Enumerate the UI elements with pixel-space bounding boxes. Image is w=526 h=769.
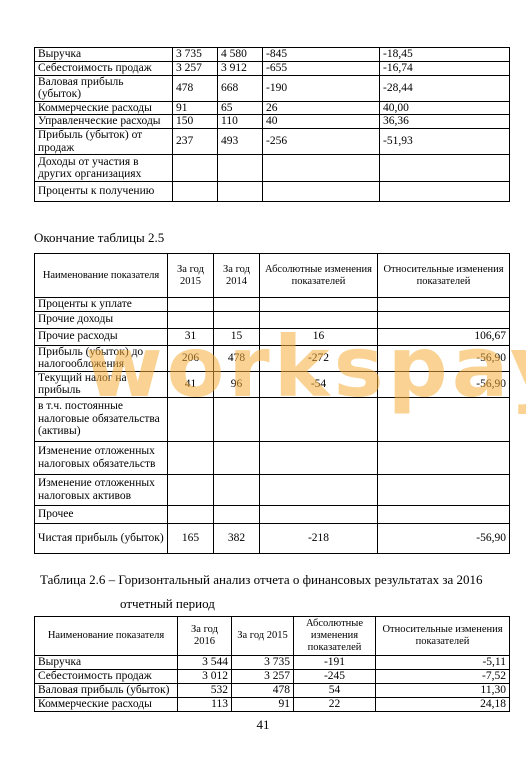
indicator-name: Коммерческие расходы [35, 101, 173, 115]
table-row: Чистая прибыль (убыток) 165 382 -218 -56… [35, 523, 510, 553]
indicator-name: Выручка [35, 48, 173, 62]
indicator-name: Прочее [35, 505, 168, 523]
rel-change: -16,74 [380, 61, 510, 75]
abs-change [263, 182, 380, 202]
value-2015 [168, 441, 214, 474]
value-2015 [173, 182, 218, 202]
header-indicator: Наименование показателя [35, 254, 168, 298]
value-2015: 91 [173, 101, 218, 115]
indicator-name: Проценты к получению [35, 182, 173, 202]
table-2-6-caption-line1: Таблица 2.6 – Горизонтальный анализ отче… [40, 572, 483, 588]
abs-change [260, 298, 378, 312]
indicator-name: Выручка [35, 656, 178, 670]
rel-change: -28,44 [380, 75, 510, 101]
table-2-6: Наименование показателя За год 2016 За г… [34, 616, 510, 712]
abs-change: 22 [294, 697, 376, 711]
value-2014 [218, 155, 263, 182]
rel-change: -18,45 [380, 48, 510, 62]
rel-change: -56,90 [378, 371, 510, 397]
rel-change: -51,93 [380, 129, 510, 155]
value-2016: 3 544 [178, 656, 232, 670]
indicator-name: Управленческие расходы [35, 115, 173, 129]
abs-change: -272 [260, 345, 378, 371]
abs-change [260, 397, 378, 441]
abs-change: -218 [260, 523, 378, 553]
value-2014 [214, 311, 260, 328]
value-2014: 4 580 [218, 48, 263, 62]
header-abs-change: Абсолютные изменения показателей [294, 617, 376, 656]
rel-change [380, 155, 510, 182]
abs-change [260, 474, 378, 505]
rel-change [378, 441, 510, 474]
abs-change: -191 [294, 656, 376, 670]
rel-change [378, 298, 510, 312]
value-2016: 113 [178, 697, 232, 711]
value-2015: 206 [168, 345, 214, 371]
rel-change: 36,36 [380, 115, 510, 129]
value-2014 [214, 505, 260, 523]
abs-change: -256 [263, 129, 380, 155]
rel-change [380, 182, 510, 202]
table-row: Прибыль (убыток) от продаж 237 493 -256 … [35, 129, 510, 155]
value-2014: 382 [214, 523, 260, 553]
value-2015 [168, 474, 214, 505]
value-2014: 110 [218, 115, 263, 129]
table-row: в т.ч. постоянные налоговые обязательств… [35, 397, 510, 441]
table-header-row: Наименование показателя За год 2016 За г… [35, 617, 510, 656]
value-2015: 91 [232, 697, 294, 711]
indicator-name: Доходы от участия в других организациях [35, 155, 173, 182]
abs-change: -245 [294, 669, 376, 683]
table-row: Валовая прибыль (убыток) 478 668 -190 -2… [35, 75, 510, 101]
indicator-name: Прочие доходы [35, 311, 168, 328]
table-row: Выручка 3 544 3 735 -191 -5,11 [35, 656, 510, 670]
value-2014: 15 [214, 328, 260, 345]
abs-change: 26 [263, 101, 380, 115]
table-row: Коммерческие расходы 91 65 26 40,00 [35, 101, 510, 115]
table-row: Прочие доходы [35, 311, 510, 328]
value-2015: 3 735 [173, 48, 218, 62]
rel-change [378, 474, 510, 505]
rel-change [378, 397, 510, 441]
table-row: Прочее [35, 505, 510, 523]
table-row: Изменение отложенных налоговых обязатель… [35, 441, 510, 474]
value-2014 [218, 182, 263, 202]
header-year-2015: За год 2015 [232, 617, 294, 656]
value-2015: 478 [173, 75, 218, 101]
abs-change: 16 [260, 328, 378, 345]
table-2-6-caption-line2: отчетный период [120, 596, 215, 612]
value-2015: 165 [168, 523, 214, 553]
abs-change: -655 [263, 61, 380, 75]
table-row: Изменение отложенных налоговых активов [35, 474, 510, 505]
table-row: Коммерческие расходы 113 91 22 24,18 [35, 697, 510, 711]
value-2014: 478 [214, 345, 260, 371]
value-2015: 3 257 [173, 61, 218, 75]
indicator-name: Себестоимость продаж [35, 61, 173, 75]
abs-change [260, 311, 378, 328]
rel-change: -7,52 [376, 669, 510, 683]
rel-change: -5,11 [376, 656, 510, 670]
rel-change: -56,90 [378, 345, 510, 371]
indicator-name: Текущий налог на прибыль [35, 371, 168, 397]
header-indicator: Наименование показателя [35, 617, 178, 656]
value-2014: 493 [218, 129, 263, 155]
table-row: Управленческие расходы 150 110 40 36,36 [35, 115, 510, 129]
table-header-row: Наименование показателя За год 2015 За г… [35, 254, 510, 298]
header-year-2014: За год 2014 [214, 254, 260, 298]
table-row: Текущий налог на прибыль 41 96 -54 -56,9… [35, 371, 510, 397]
value-2015: 41 [168, 371, 214, 397]
indicator-name: Прочие расходы [35, 328, 168, 345]
value-2015: 3 735 [232, 656, 294, 670]
abs-change [260, 505, 378, 523]
value-2015: 31 [168, 328, 214, 345]
table-row: Себестоимость продаж 3 257 3 912 -655 -1… [35, 61, 510, 75]
indicator-name: Прибыль (убыток) до налогообложения [35, 345, 168, 371]
value-2015 [168, 397, 214, 441]
table-row: Себестоимость продаж 3 012 3 257 -245 -7… [35, 669, 510, 683]
abs-change: -54 [260, 371, 378, 397]
value-2016: 532 [178, 683, 232, 697]
value-2015: 3 257 [232, 669, 294, 683]
table-2-5-part1: Выручка 3 735 4 580 -845 -18,45 Себестои… [34, 47, 510, 202]
value-2015: 237 [173, 129, 218, 155]
indicator-name: Валовая прибыль (убыток) [35, 75, 173, 101]
value-2014: 65 [218, 101, 263, 115]
abs-change: 54 [294, 683, 376, 697]
value-2015: 150 [173, 115, 218, 129]
table-row: Доходы от участия в других организациях [35, 155, 510, 182]
abs-change [263, 155, 380, 182]
value-2014 [214, 298, 260, 312]
indicator-name: Проценты к уплате [35, 298, 168, 312]
indicator-name: Изменение отложенных налоговых активов [35, 474, 168, 505]
value-2015 [168, 298, 214, 312]
header-year-2015: За год 2015 [168, 254, 214, 298]
table-row: Прибыль (убыток) до налогообложения 206 … [35, 345, 510, 371]
value-2014 [214, 474, 260, 505]
abs-change: -190 [263, 75, 380, 101]
value-2016: 3 012 [178, 669, 232, 683]
value-2015 [168, 311, 214, 328]
indicator-name: Себестоимость продаж [35, 669, 178, 683]
rel-change: 40,00 [380, 101, 510, 115]
value-2014: 3 912 [218, 61, 263, 75]
rel-change: 24,18 [376, 697, 510, 711]
indicator-name: в т.ч. постоянные налоговые обязательств… [35, 397, 168, 441]
indicator-name: Коммерческие расходы [35, 697, 178, 711]
value-2014 [214, 397, 260, 441]
table-2-5-continuation: Наименование показателя За год 2015 За г… [34, 253, 510, 554]
indicator-name: Прибыль (убыток) от продаж [35, 129, 173, 155]
table-row: Выручка 3 735 4 580 -845 -18,45 [35, 48, 510, 62]
table-row: Прочие расходы 31 15 16 106,67 [35, 328, 510, 345]
rel-change: 11,30 [376, 683, 510, 697]
rel-change: -56,90 [378, 523, 510, 553]
header-year-2016: За год 2016 [178, 617, 232, 656]
value-2014 [214, 441, 260, 474]
rel-change [378, 505, 510, 523]
abs-change [260, 441, 378, 474]
table-row: Проценты к уплате [35, 298, 510, 312]
value-2014: 668 [218, 75, 263, 101]
header-rel-change: Относительные изменения показателей [376, 617, 510, 656]
value-2015 [173, 155, 218, 182]
header-abs-change: Абсолютные изменения показателей [260, 254, 378, 298]
abs-change: -845 [263, 48, 380, 62]
value-2015: 478 [232, 683, 294, 697]
abs-change: 40 [263, 115, 380, 129]
indicator-name: Чистая прибыль (убыток) [35, 523, 168, 553]
rel-change: 106,67 [378, 328, 510, 345]
table-row: Проценты к получению [35, 182, 510, 202]
page-number: 41 [0, 717, 526, 733]
continuation-caption: Окончание таблицы 2.5 [34, 230, 164, 246]
indicator-name: Валовая прибыль (убыток) [35, 683, 178, 697]
indicator-name: Изменение отложенных налоговых обязатель… [35, 441, 168, 474]
value-2015 [168, 505, 214, 523]
header-rel-change: Относительные изменения показателей [378, 254, 510, 298]
rel-change [378, 311, 510, 328]
value-2014: 96 [214, 371, 260, 397]
table-row: Валовая прибыль (убыток) 532 478 54 11,3… [35, 683, 510, 697]
